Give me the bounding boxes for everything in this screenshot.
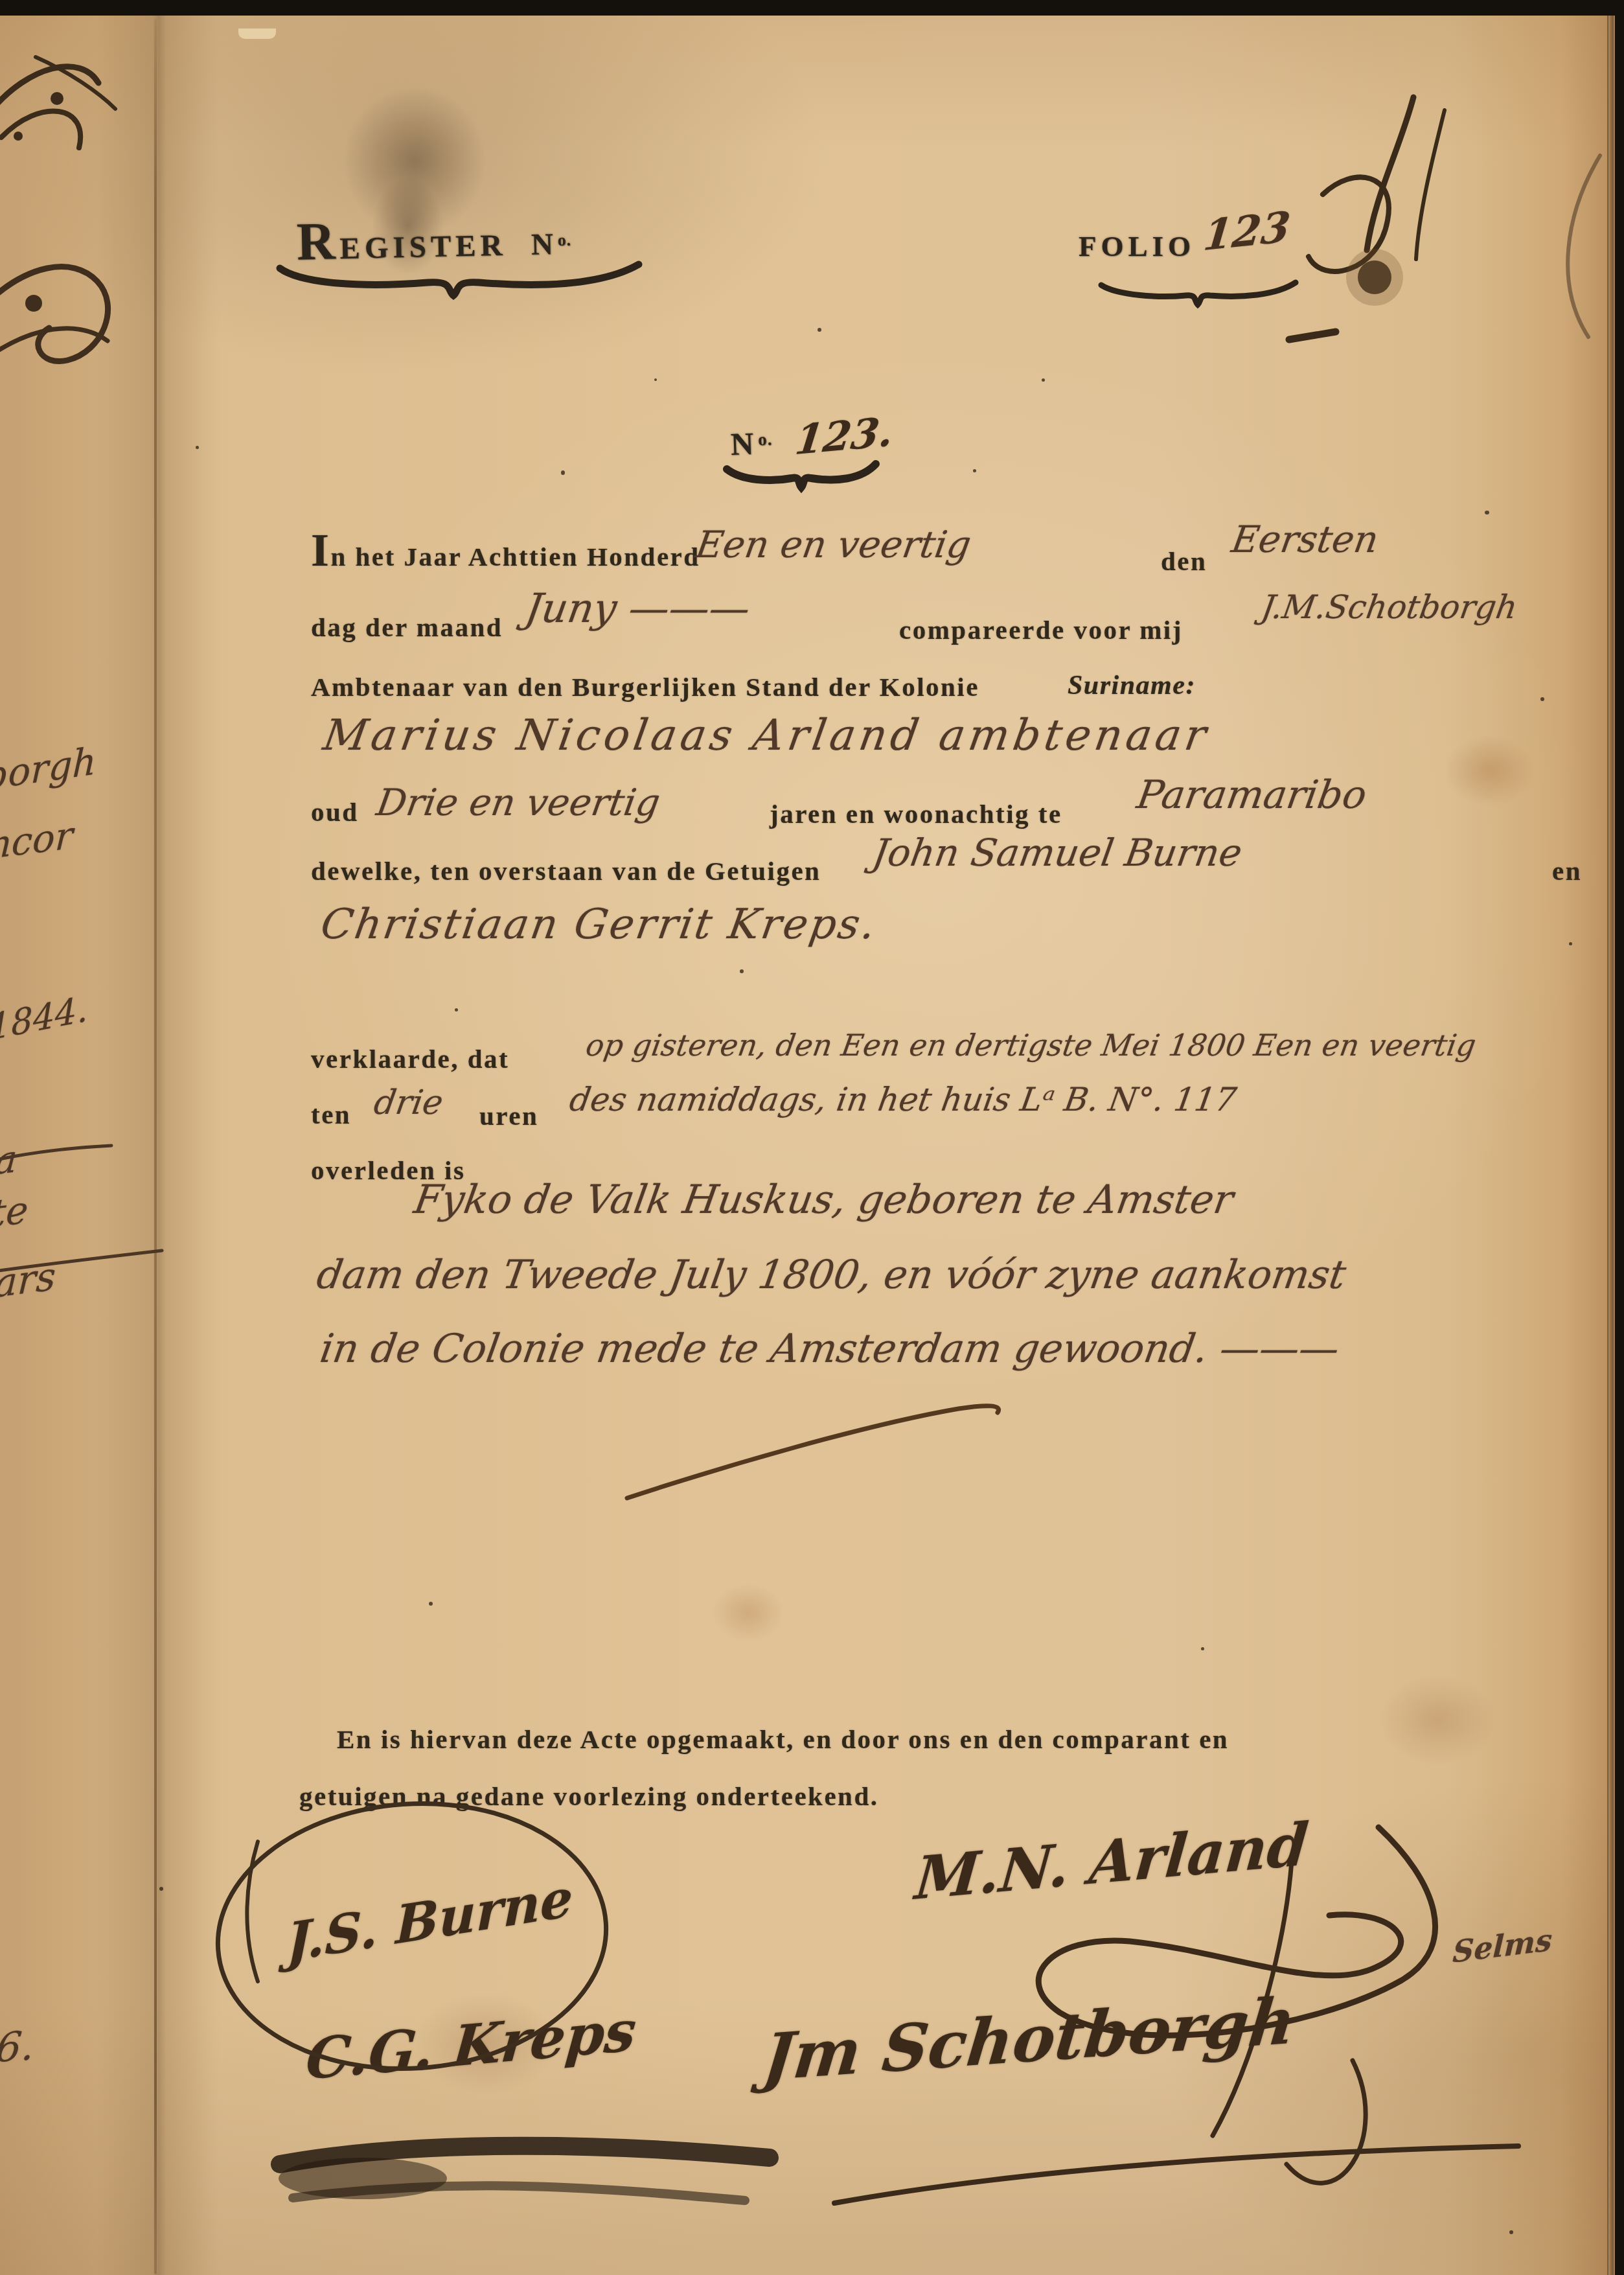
act-line8-hand-date: op gisteren, den Een en dertigste Mei 18… — [584, 1028, 1478, 1063]
top-right-flourish — [1416, 110, 1445, 259]
schotborgh-underline — [834, 2146, 1518, 2203]
ink-speck — [561, 470, 565, 475]
act-line2-hand-month: Juny ——— — [522, 584, 753, 632]
act-number-brace — [727, 464, 876, 487]
act-line7-hand-witness2: Christiaan Gerrit Kreps. — [317, 901, 880, 949]
act-line12-hand-birth: dam den Tweede July 1800, en vóór zyne a… — [314, 1252, 1349, 1298]
ink-speck — [818, 328, 821, 332]
folio-stamp-label: FOLIO — [1079, 230, 1195, 262]
foxing-stain — [1380, 1674, 1496, 1765]
signature-burne: J.S. Burne — [286, 1866, 573, 1973]
ink-speck — [159, 1887, 163, 1891]
ink-flourish-layer — [0, 16, 1609, 2275]
ink-speck — [429, 1602, 433, 1606]
top-right-flourish — [1309, 177, 1389, 271]
ink-speck — [1509, 2230, 1513, 2234]
signature-schotborgh: Jm Schotborgh — [760, 1983, 1299, 2096]
margin-fragment: incor — [0, 813, 74, 869]
act-line13-hand-residence: in de Colonie mede te Amsterdam gewoond.… — [317, 1326, 1342, 1372]
act-number-n: N — [730, 426, 759, 462]
act-line5-printed2: jaren en woonachtig te — [770, 798, 1062, 829]
schotborgh-descender — [1287, 2061, 1366, 2183]
closing-pen-stroke — [627, 1406, 999, 1498]
margin-fragment: lars — [0, 1254, 57, 1309]
ink-blot — [1358, 260, 1391, 294]
ink-speck — [973, 469, 976, 472]
act-line6-printed: dewelke, ten overstaan van de Getuigen — [311, 855, 821, 886]
closing-line2: getuigen na gedane voorlezing onderteeke… — [299, 1781, 878, 1812]
act-line11-hand-deceased: Fyko de Valk Huskus, geboren te Amster — [411, 1177, 1236, 1223]
ink-speck — [740, 969, 744, 973]
scan-background-top — [0, 0, 1624, 16]
act-number-handwritten: 123. — [793, 408, 897, 464]
act-line9-printed2: uren — [479, 1100, 538, 1131]
ink-speck — [1485, 511, 1489, 514]
ink-speck — [1042, 378, 1045, 382]
act-line4-hand-declarant: Marius Nicolaas Arland ambtenaar — [320, 710, 1213, 760]
document-scan: REGISTER No. FOLIO 123 No. 123. In het J… — [0, 0, 1624, 2275]
ink-speck — [196, 446, 199, 449]
signature-arland: M.N. Arland — [912, 1810, 1310, 1913]
margin-fragment: tborgh — [0, 739, 97, 802]
ink-speck — [455, 1008, 458, 1011]
kreps-smear — [293, 2186, 745, 2200]
act-number-stamp: No. — [730, 424, 773, 463]
act-line8-printed: verklaarde, dat — [311, 1043, 509, 1074]
foxing-stain — [1445, 735, 1535, 806]
act-line5-hand-residence: Paramaribo — [1134, 772, 1369, 818]
ink-smudge — [343, 87, 486, 236]
closing-line1: En is hiervan deze Acte opgemaakt, en do… — [337, 1724, 1229, 1755]
burne-tail — [247, 1842, 258, 1981]
act-line1-hand-day: Eersten — [1229, 518, 1382, 561]
ink-speck — [654, 378, 657, 381]
ink-blot — [51, 92, 63, 105]
act-line9-hand-hour: drie — [371, 1083, 446, 1122]
scan-background-right — [1615, 0, 1624, 2275]
margin-fragment: 6. — [0, 2022, 37, 2072]
folio-brace — [1101, 283, 1296, 305]
act-line6-hand-witness1: John Samuel Burne — [870, 831, 1245, 875]
act-line3-printed: Ambtenaar van den Burgerlijken Stand der… — [311, 671, 979, 702]
kreps-smear — [280, 2146, 770, 2164]
signature-arland-note: Selms — [1452, 1922, 1553, 1970]
page-edge-curve — [1568, 156, 1600, 337]
act-line6-printed2: en — [1552, 855, 1582, 886]
act-line2-printed2: compareerde voor mij — [899, 614, 1183, 645]
margin-flourish — [0, 329, 108, 362]
act-line5-hand-age: Drie en veertig — [374, 781, 663, 824]
act-line2-printed: dag der maand — [311, 612, 503, 643]
register-stamp-no-sup: o. — [557, 231, 571, 249]
register-stamp-label: REGISTER — [297, 229, 507, 267]
margin-fragment: te — [0, 1188, 30, 1236]
folio-number-handwritten: 123 — [1201, 202, 1292, 260]
folio-stamp: FOLIO — [1079, 229, 1195, 263]
act-line1-hand-year: Een en veertig — [693, 524, 974, 566]
act-line9-printed: ten — [311, 1099, 351, 1130]
ink-speck — [1201, 1647, 1204, 1650]
act-line3-printed-colony: Suriname: — [1068, 670, 1196, 701]
margin-dash — [1289, 332, 1336, 340]
ink-blot — [25, 295, 42, 312]
binding-gutter-crease — [154, 19, 157, 2274]
signature-kreps: C.G. Kreps — [304, 1998, 639, 2093]
top-right-flourish — [1367, 97, 1413, 250]
act-number-n-sup: o. — [758, 429, 773, 449]
foxing-stain — [713, 1584, 784, 1642]
ink-speck — [1569, 942, 1572, 945]
ink-speck — [1540, 697, 1544, 701]
binding-gutter-shadow — [97, 16, 220, 2275]
margin-fragment: 1844. — [0, 988, 88, 1048]
act-line1-printed: In het Jaar Achttien Honderd — [311, 538, 700, 572]
act-line2-hand-official: J.M.Schotborgh — [1259, 588, 1520, 626]
corner-flourish — [1, 111, 80, 148]
margin-fragment: a — [0, 1137, 19, 1183]
act-line9-hand-place: des namiddags, in het huis Lᵃ B. N°. 117 — [567, 1081, 1239, 1118]
register-page: REGISTER No. FOLIO 123 No. 123. In het J… — [0, 16, 1609, 2275]
ink-blot — [14, 132, 23, 141]
kreps-smear-blob — [279, 2158, 447, 2199]
act-line1-printed2: den — [1161, 546, 1207, 577]
margin-flourish — [0, 267, 108, 362]
register-stamp-no: N — [531, 227, 558, 262]
ink-blot-halo — [1346, 249, 1403, 306]
act-line5-printed: oud — [311, 796, 359, 827]
register-stamp: REGISTER No. — [296, 222, 571, 268]
corner-flourish — [0, 67, 98, 111]
paper-notch — [238, 29, 276, 39]
